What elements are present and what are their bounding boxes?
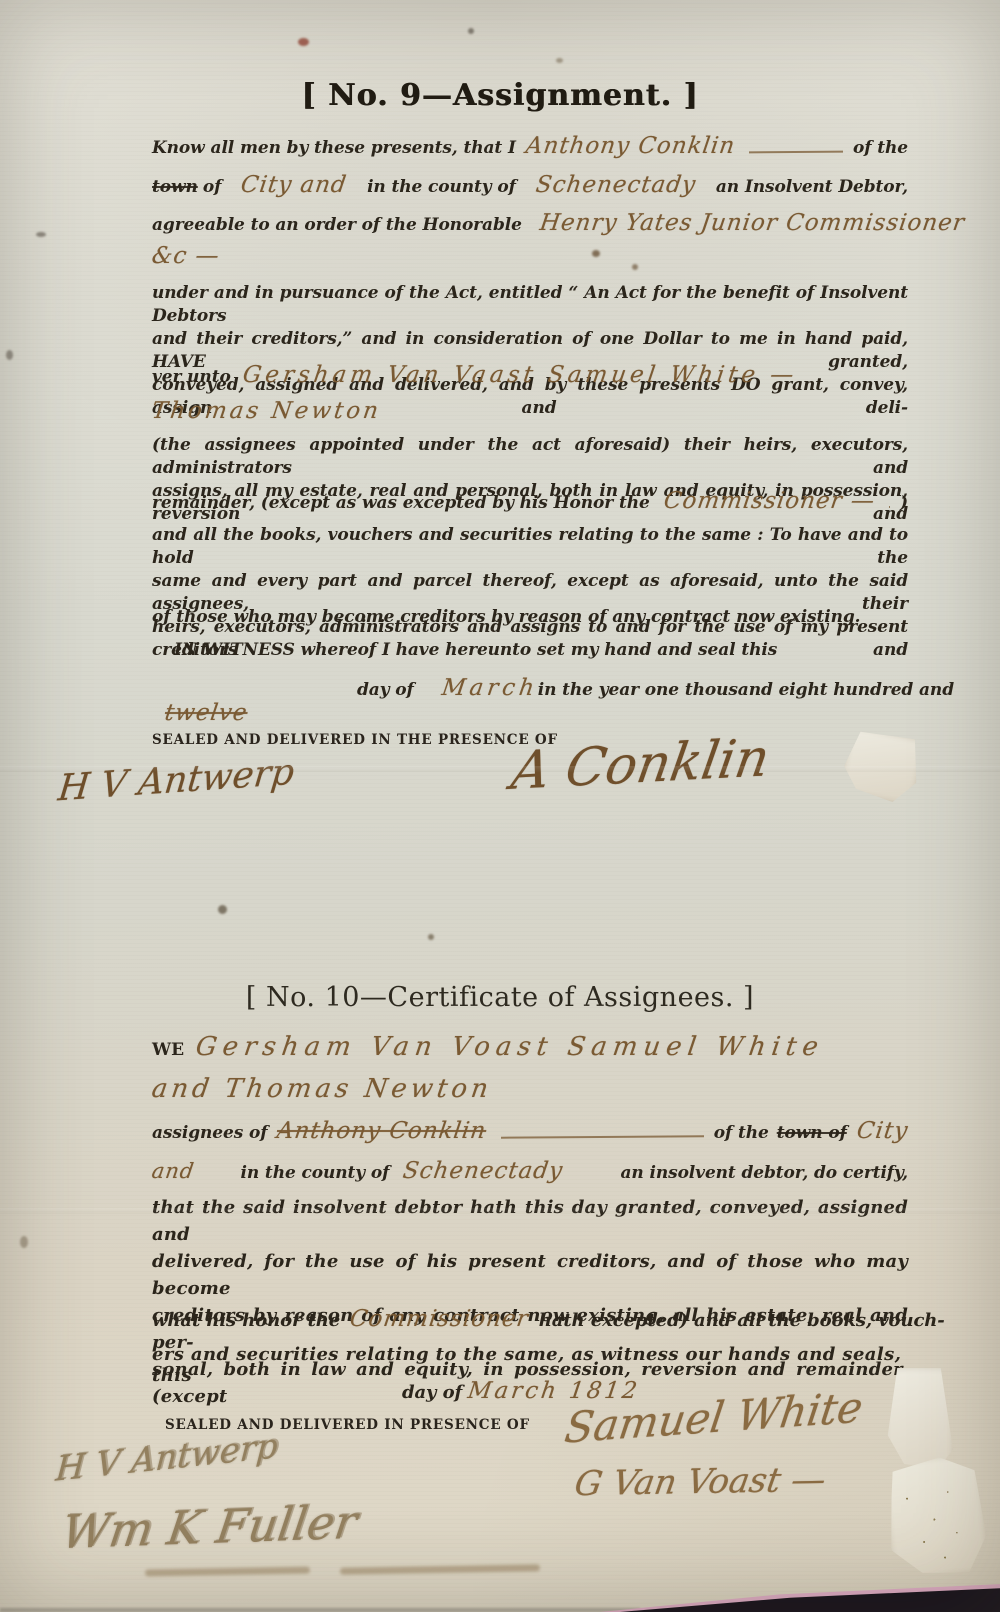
document-photo: [ No. 9—Assignment. ] Know all men by th…	[0, 0, 1000, 1612]
printed-struck-town-of: town of	[777, 1123, 847, 1143]
printed-text: in the county of	[367, 177, 516, 197]
printed-text: IN WITNESS whereof I have hereunto set m…	[174, 640, 777, 660]
printed-text: agreeable to an order of the Honorable	[152, 215, 522, 235]
assignment-year-line: twelve	[165, 700, 921, 726]
stain	[428, 934, 434, 940]
witness-signature: H V Antwerp	[54, 1426, 279, 1490]
assignment-remainder-line: remainder, (except as was excepted by hi…	[152, 488, 908, 514]
handwritten-commissioner: Commissioner —	[662, 488, 877, 514]
printed-text: )	[900, 493, 908, 513]
certificate-names-line-2: and Thomas Newton	[152, 1074, 908, 1104]
printed-text: of	[203, 177, 221, 197]
handwritten-and: and	[150, 1159, 196, 1183]
handwritten-commissioner: Commissioner	[348, 1306, 530, 1332]
printed-town-of: town of	[152, 177, 221, 197]
stain	[36, 232, 46, 237]
printed-text: an Insolvent Debtor,	[716, 177, 908, 197]
stain	[20, 1236, 28, 1248]
assignment-witness-clause: IN WITNESS whereof I have hereunto set m…	[152, 640, 930, 660]
handwritten-assignee-names: Gersham Van Voast Samuel White	[194, 1032, 826, 1062]
stain	[556, 58, 563, 63]
printed-line: that the said insolvent debtor hath this…	[152, 1194, 908, 1248]
assignment-place-line: town of City and in the county of Schene…	[152, 172, 908, 198]
printed-we: WE	[152, 1040, 184, 1060]
debtor-signature: A Conklin	[507, 728, 773, 802]
assignment-heading: [ No. 9—Assignment. ]	[0, 78, 1000, 113]
certificate-commissioner-line: what his honor the Commissioner hath exc…	[152, 1306, 908, 1332]
stain	[298, 38, 309, 46]
printed-text: day of	[402, 1382, 462, 1403]
wafer-seal-torn	[885, 1368, 953, 1470]
stain	[218, 905, 227, 914]
assignment-order-line: agreeable to an order of the Honorable H…	[152, 210, 908, 236]
stain	[468, 28, 474, 34]
printed-text: what his honor the	[152, 1310, 340, 1331]
handwritten-assignee-names: Thomas Newton	[150, 398, 383, 424]
handwritten-etc: &c —	[150, 243, 221, 269]
stain	[6, 350, 13, 360]
handwritten-commissioner-name: Henry Yates Junior Commissioner	[538, 210, 967, 236]
handwritten-month: March	[440, 675, 540, 701]
handwritten-year: twelve	[163, 700, 249, 726]
printed-text: ver unto	[152, 367, 231, 387]
handwritten-dash	[501, 1135, 704, 1138]
printed-sealed-label: SEALED AND DELIVERED IN THE PRESENCE OF	[152, 732, 558, 748]
handwritten-dash	[749, 151, 843, 154]
printed-text: in the year one thousand eight hundred a…	[538, 680, 954, 700]
printed-text: day of	[357, 680, 414, 700]
handwritten-place: City	[855, 1118, 910, 1144]
witness-signature: Wm K Fuller	[58, 1495, 360, 1560]
printed-text: of the	[853, 138, 908, 158]
handwritten-assignee-names: and Thomas Newton	[150, 1074, 494, 1104]
assignment-ver-unto-line: ver unto Gersham Van Vaast Samuel White …	[152, 362, 908, 388]
assignee-signature: G Van Voast —	[572, 1460, 829, 1504]
printed-text: of the	[714, 1123, 769, 1143]
printed-line: (the assignees appointed under the act a…	[152, 434, 908, 480]
assignment-date-line: day of March in the year one thousand ei…	[152, 675, 908, 701]
wafer-seal-torn	[882, 1453, 990, 1580]
printed-text: assignees of	[152, 1123, 267, 1143]
assignment-assignee-names-line-2: Thomas Newton	[152, 398, 908, 424]
handwritten-county: Schenectady	[401, 1158, 565, 1184]
printed-struck-town: town	[152, 177, 198, 197]
printed-sealed-label: SEALED AND DELIVERED IN PRESENCE OF	[165, 1417, 530, 1433]
photo-background	[0, 1578, 1000, 1612]
certificate-heading: [ No. 10—Certificate of Assignees. ]	[0, 982, 1000, 1013]
handwritten-county: Schenectady	[534, 172, 698, 198]
witness-signature: H V Antwerp	[56, 752, 296, 810]
handwritten-assignee-names: Gersham Van Vaast Samuel White —	[241, 362, 799, 388]
assignment-opening-line: Know all men by these presents, that I A…	[152, 133, 908, 159]
certificate-assignees-of-line: assignees of Anthony Conklin of the town…	[152, 1118, 908, 1144]
printed-text: hath excepted) and all the books, vouch-	[539, 1310, 945, 1331]
paper-edge-shadow	[0, 1608, 640, 1612]
printed-text: remainder, (except as was excepted by hi…	[152, 493, 650, 513]
printed-text: in the county of	[241, 1163, 390, 1183]
assignment-body-paragraph-4: of those who may become creditors by rea…	[152, 607, 908, 627]
handwritten-debtor-name: Anthony Conklin	[524, 133, 737, 159]
assignment-etc-line: &c —	[152, 243, 908, 269]
certificate-we-line: WE Gersham Van Voast Samuel White	[152, 1032, 908, 1062]
printed-text: Know all men by these presents, that I	[152, 138, 516, 158]
ink-smudge	[145, 1567, 310, 1577]
printed-line: and all the books, vouchers and securiti…	[152, 524, 908, 570]
handwritten-debtor-name: Anthony Conklin	[276, 1118, 489, 1144]
printed-text: an insolvent debtor, do certify,	[620, 1163, 908, 1183]
handwritten-place: City and	[240, 172, 349, 198]
printed-line: under and in pursuance of the Act, entit…	[152, 282, 908, 328]
printed-text: of those who may become creditors by rea…	[152, 607, 861, 627]
ink-smudge	[340, 1564, 540, 1574]
printed-line: delivered, for the use of his present cr…	[152, 1248, 908, 1302]
certificate-county-line: and in the county of Schenectady an inso…	[152, 1158, 908, 1184]
handwritten-dash	[889, 506, 890, 508]
